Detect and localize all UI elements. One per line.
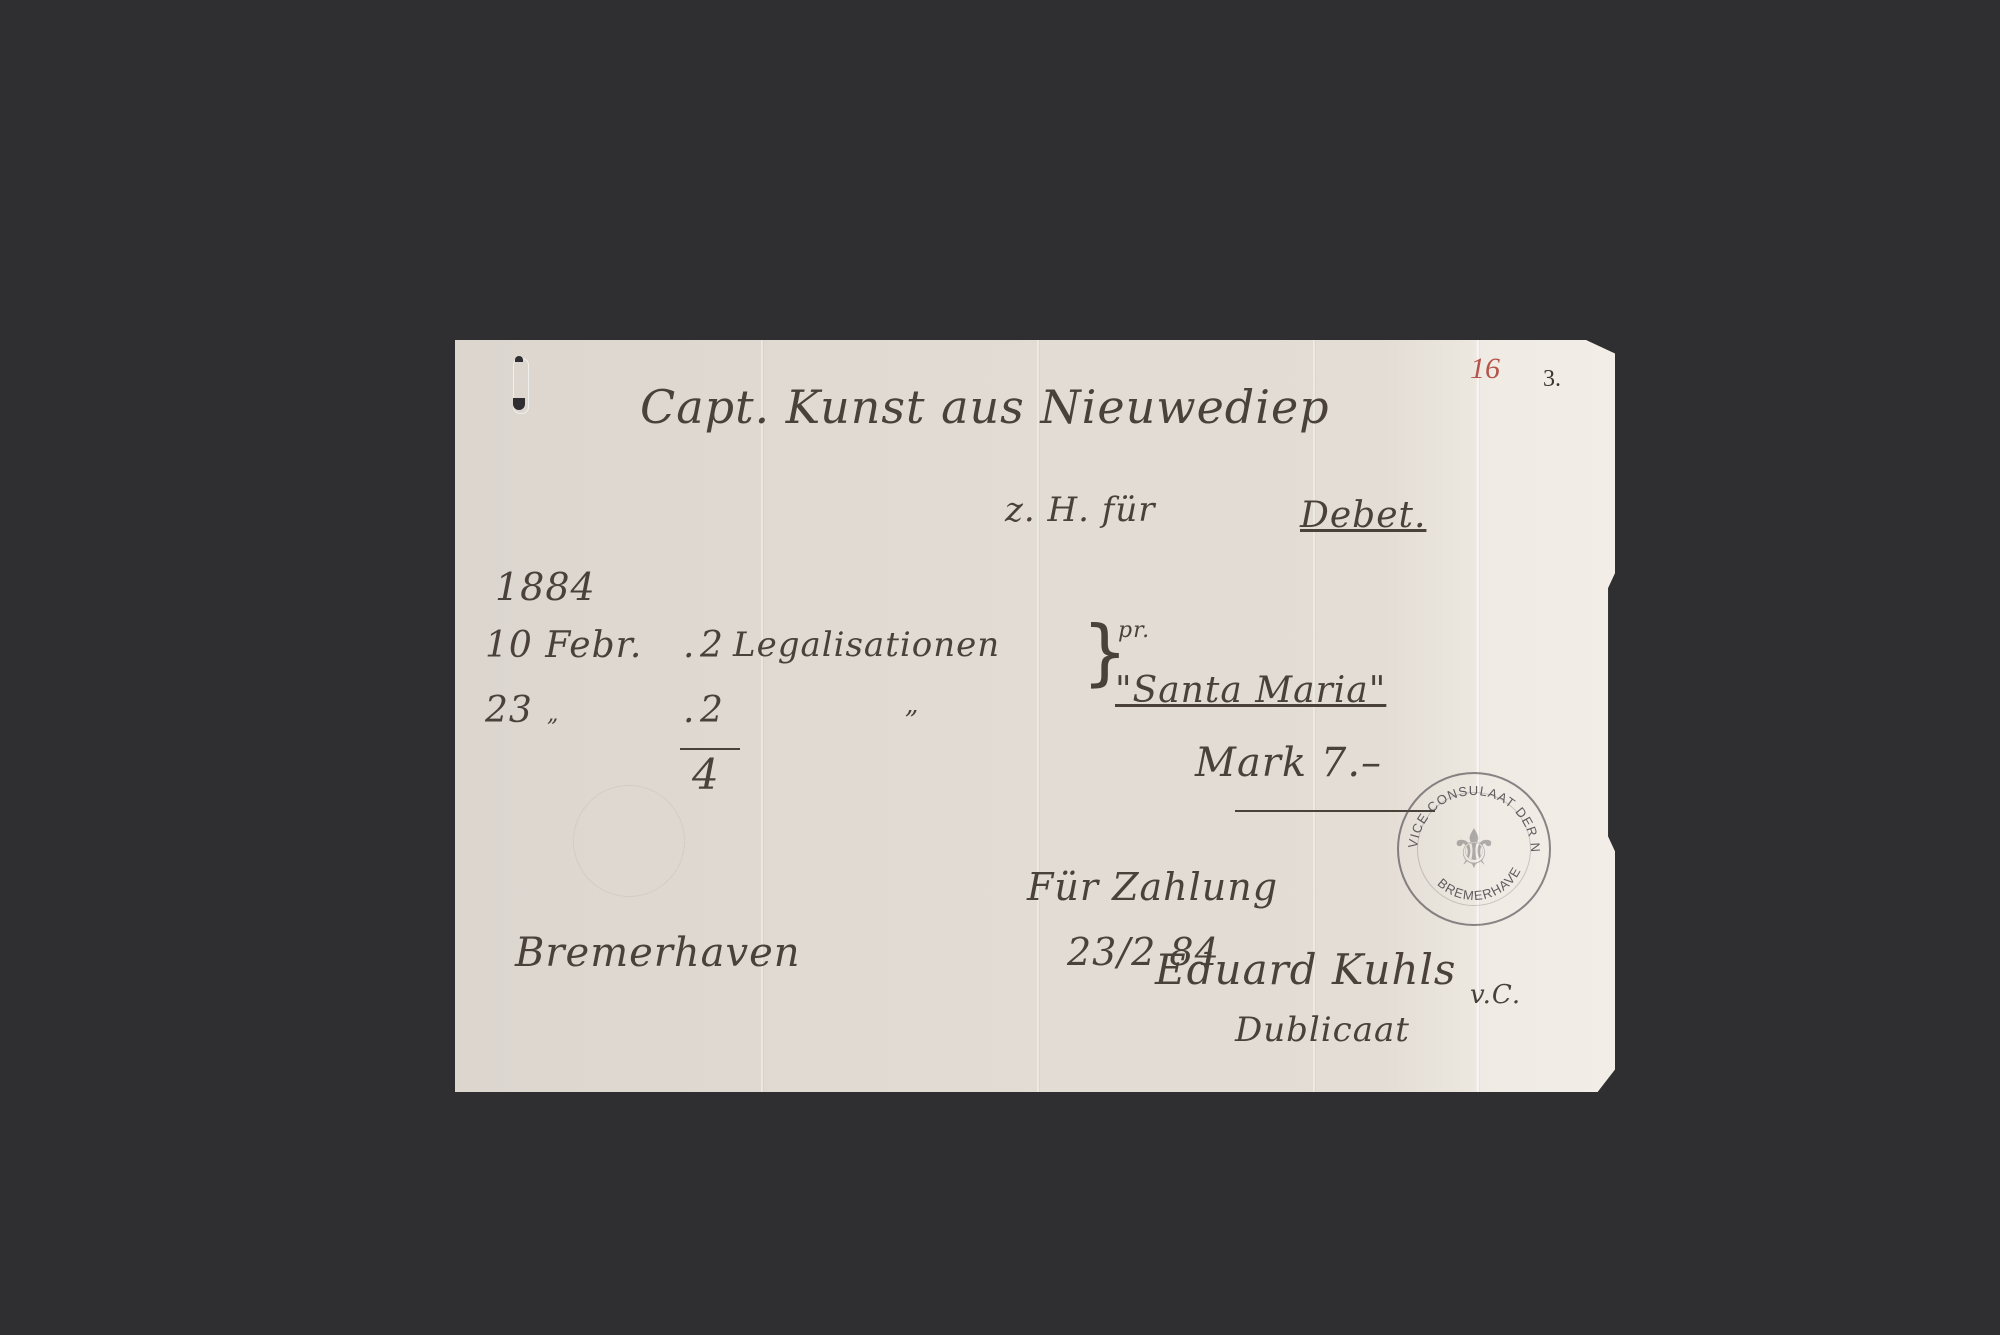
svg-text:VICE CONSULAAT DER NEDERLANDEN: VICE CONSULAAT DER NEDERLANDEN — [1399, 774, 1543, 853]
entry-date: 23 — [485, 690, 533, 731]
entry-quantity: 2 — [700, 625, 724, 666]
signer-suffix: v.C. — [1470, 980, 1521, 1010]
fold-crease — [1037, 340, 1039, 1092]
entry-quantity: 2 — [700, 690, 724, 731]
seal-text-top: VICE CONSULAAT DER NEDERLANDEN — [1399, 774, 1543, 853]
entry-description: „ — [905, 690, 919, 720]
entries-year: 1884 — [495, 565, 596, 609]
debet-label: Debet. — [1300, 495, 1426, 536]
vessel-name: "Santa Maria" — [1115, 670, 1386, 711]
total-quantity: 4 — [692, 750, 720, 799]
folio-number: 16 — [1470, 352, 1500, 386]
document-sheet: 16 3. Capt. Kunst aus Nieuwediep z. H. f… — [455, 340, 1615, 1092]
seal-lettering: VICE CONSULAAT DER NEDERLANDEN BREMERHAV… — [1399, 774, 1549, 924]
vessel-prefix: pr. — [1118, 618, 1150, 643]
entry-description: Legalisationen — [733, 625, 1000, 665]
punch-hole-top — [515, 356, 523, 362]
fold-crease — [761, 340, 763, 1092]
punch-hole-bottom — [513, 398, 525, 410]
amount: Mark 7.– — [1195, 740, 1382, 786]
document-heading: Capt. Kunst aus Nieuwediep — [640, 380, 1330, 434]
signer-title: Dublicaat — [1235, 1010, 1410, 1050]
faint-stamp-mark — [573, 785, 685, 897]
entry-separator: . — [683, 625, 695, 666]
entry-separator: . — [683, 690, 695, 731]
document-subheading: z. H. für — [1005, 490, 1156, 530]
payment-note: Für Zahlung — [1027, 865, 1278, 909]
signature: Eduard Kuhls — [1155, 945, 1457, 994]
page-marker: 3. — [1543, 366, 1561, 393]
entry-date: 10 Febr. — [485, 625, 642, 666]
place: Bremerhaven — [515, 930, 801, 976]
entry-date-ditto: „ — [547, 702, 559, 727]
consulate-seal: ⚜ VICE CONSULAAT DER NEDERLANDEN BREMERH… — [1397, 772, 1551, 926]
